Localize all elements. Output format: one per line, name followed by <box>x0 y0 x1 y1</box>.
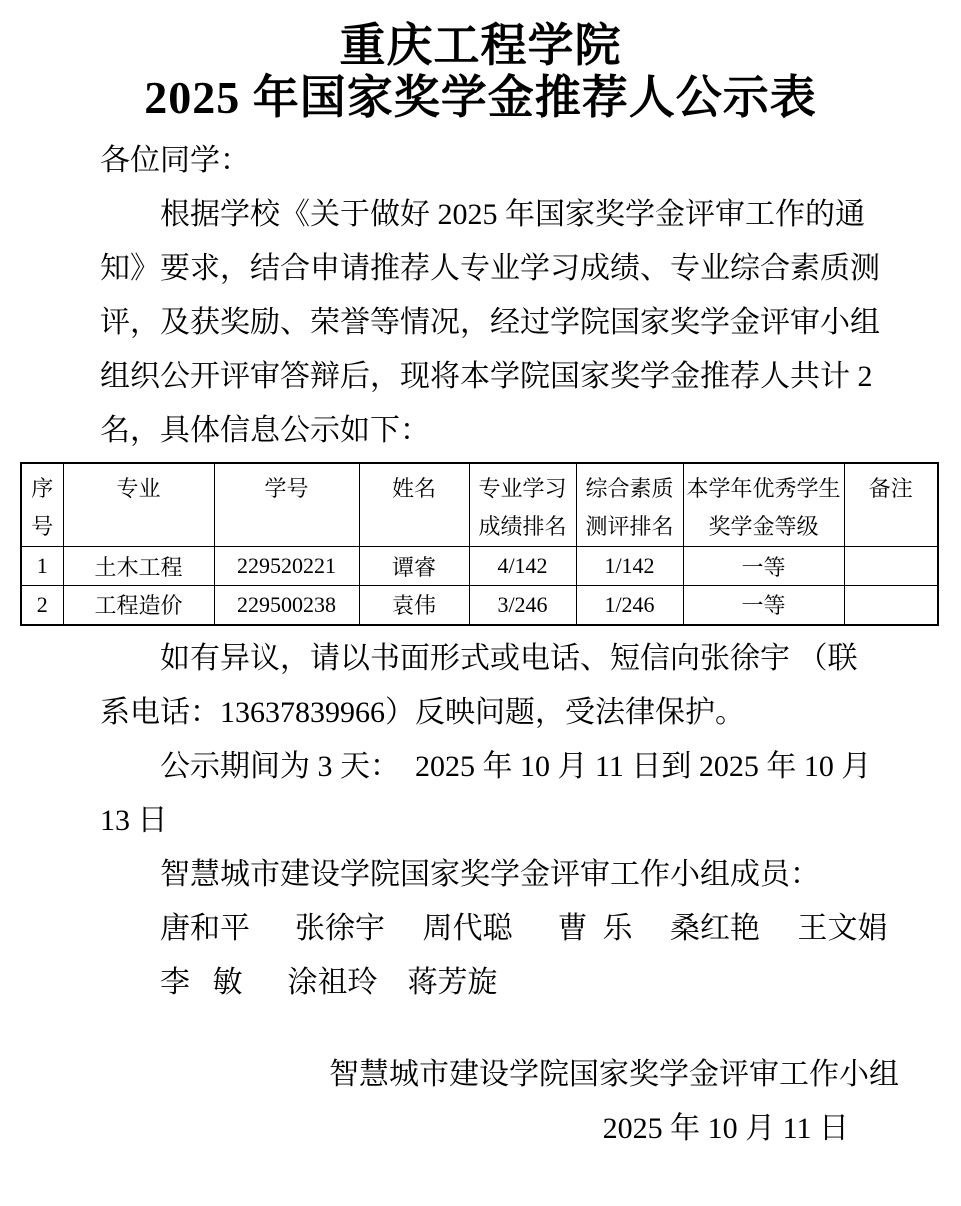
table-row: 2 工程造价 229500238 袁伟 3/246 1/246 一等 <box>21 586 938 625</box>
paragraph1-line2: 知》要求，结合申请推荐人专业学习成绩、专业综合素质测 <box>100 242 933 296</box>
signature-organization: 智慧城市建设学院国家奖学金评审工作小组 <box>0 1048 961 1102</box>
cell-academic-rank: 4/142 <box>469 547 576 586</box>
closing-section: 如有异议，请以书面形式或电话、短信向张徐宇 （联 系电话：13637839966… <box>100 632 933 1010</box>
cell-quality-rank: 1/142 <box>576 547 683 586</box>
header-cell-quality-rank: 综合素质测评排名 <box>576 463 683 547</box>
cell-major: 工程造价 <box>63 586 214 625</box>
paragraph1-line3: 评，及获奖励、荣誉等情况，经过学院国家奖学金评审小组 <box>100 296 933 350</box>
cell-scholarship-level: 一等 <box>683 547 844 586</box>
header-cell-major: 专业 <box>63 463 214 547</box>
cell-student-id: 229500238 <box>214 586 359 625</box>
cell-scholarship-level: 一等 <box>683 586 844 625</box>
paragraph1-line4: 组织公开评审答辩后，现将本学院国家奖学金推荐人共计 2 <box>100 350 933 404</box>
committee-heading: 智慧城市建设学院国家奖学金评审工作小组成员： <box>100 848 933 902</box>
paragraph1-line1: 根据学校《关于做好 2025 年国家奖学金评审工作的通 <box>100 188 933 242</box>
header-cell-remarks: 备注 <box>844 463 938 547</box>
paragraph3-line2: 13 日 <box>100 794 933 848</box>
salutation: 各位同学： <box>100 134 933 188</box>
intro-section: 各位同学： 根据学校《关于做好 2025 年国家奖学金评审工作的通 知》要求，结… <box>100 134 933 458</box>
cell-quality-rank: 1/246 <box>576 586 683 625</box>
cell-name: 袁伟 <box>359 586 469 625</box>
committee-members-line1: 唐和平 张徐宇 周代聪 曹 乐 桑红艳 王文娟 <box>100 902 933 956</box>
cell-student-id: 229520221 <box>214 547 359 586</box>
header-cell-index: 序号 <box>21 463 63 547</box>
header-cell-scholarship-level: 本学年优秀学生奖学金等级 <box>683 463 844 547</box>
header-cell-academic-rank: 专业学习成绩排名 <box>469 463 576 547</box>
paragraph1-line5: 名，具体信息公示如下： <box>100 404 933 458</box>
paragraph3-line1: 公示期间为 3 天： 2025 年 10 月 11 日到 2025 年 10 月 <box>100 740 933 794</box>
header-cell-student-id: 学号 <box>214 463 359 547</box>
cell-index: 2 <box>21 586 63 625</box>
paragraph2-line1: 如有异议，请以书面形式或电话、短信向张徐宇 （联 <box>100 632 933 686</box>
doc-title-line1: 重庆工程学院 <box>0 20 961 72</box>
cell-index: 1 <box>21 547 63 586</box>
table-header-row: 序号 专业 学号 姓名 专业学习成绩排名 综合素质测评排名 本学年优秀学生奖学金… <box>21 463 938 547</box>
signature-date: 2025 年 10 月 11 日 <box>0 1102 961 1156</box>
cell-remarks <box>844 586 938 625</box>
committee-members-line2: 李 敏 涂祖玲 蒋芳旋 <box>100 956 933 1010</box>
cell-remarks <box>844 547 938 586</box>
document-page: 重庆工程学院 2025 年国家奖学金推荐人公示表 各位同学： 根据学校《关于做好… <box>0 0 961 1156</box>
header-cell-name: 姓名 <box>359 463 469 547</box>
doc-title-line2: 2025 年国家奖学金推荐人公示表 <box>0 72 961 124</box>
cell-academic-rank: 3/246 <box>469 586 576 625</box>
recommendation-table: 序号 专业 学号 姓名 专业学习成绩排名 综合素质测评排名 本学年优秀学生奖学金… <box>20 462 939 626</box>
paragraph2-line2: 系电话：13637839966）反映问题，受法律保护。 <box>100 686 933 740</box>
table-row: 1 土木工程 229520221 谭睿 4/142 1/142 一等 <box>21 547 938 586</box>
cell-major: 土木工程 <box>63 547 214 586</box>
cell-name: 谭睿 <box>359 547 469 586</box>
